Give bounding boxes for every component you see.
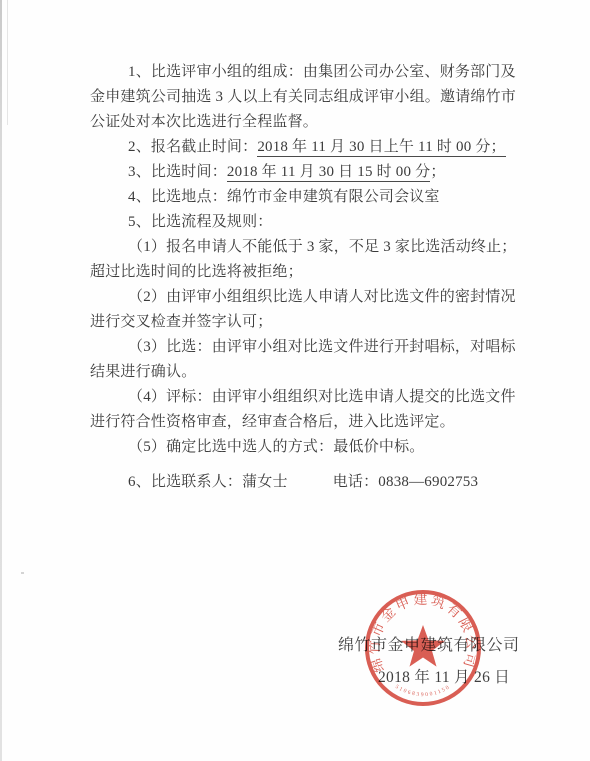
document-line: 超过比选时间的比选将被拒绝； (90, 260, 530, 285)
text-segment: 电话：0838—6902753 (333, 474, 479, 490)
document-line: （5）确定比选中选人的方式：最低价中标。 (90, 435, 530, 460)
text-segment: 进行符合性资格审查，经审查合格后，进入比选评定。 (90, 414, 455, 430)
text-segment: 超过比选时间的比选将被拒绝； (90, 264, 303, 280)
document-line: 4、比选地点：绵竹市金申建筑有限公司会议室 (90, 185, 530, 210)
document-line: 6、比选联系人：蒲女士电话：0838—6902753 (90, 470, 530, 495)
text-segment: 5、比选流程及规则： (128, 214, 273, 230)
text-segment: 2、报名截止时间： (128, 139, 257, 155)
underlined-text: 2018 年 11 月 30 日 15 时 00 分 (227, 164, 430, 182)
text-segment: ； (430, 164, 445, 180)
text-segment: （3）比选：由评审小组对比选文件进行开封唱标，对唱标 (128, 339, 516, 355)
document-line: 公证处对本次比选进行全程监督。 (90, 110, 530, 135)
document-line: 进行符合性资格审查，经审查合格后，进入比选评定。 (90, 410, 530, 435)
document-line: 金申建筑公司抽选 3 人以上有关同志组成评审小组。邀请绵竹市 (90, 85, 530, 110)
red-star-icon (401, 625, 445, 667)
underlined-text: 2018 年 11 月 30 日上午 11 时 00 分； (257, 139, 505, 157)
text-segment: 3、比选时间： (128, 164, 227, 180)
text-segment: （1）报名申请人不能低于 3 家，不足 3 家比选活动终止； (128, 239, 517, 255)
text-segment: 进行交叉检查并签字认可； (90, 314, 272, 330)
text-segment: （5）确定比选中选人的方式：最低价中标。 (128, 439, 425, 455)
document-line: 结果进行确认。 (90, 360, 530, 385)
document-line: （4）评标：由评审小组组织对比选申请人提交的比选文件 (90, 385, 530, 410)
document-line: 2、报名截止时间：2018 年 11 月 30 日上午 11 时 00 分； (90, 135, 530, 160)
document-line: （2）由评审小组组织比选人申请人对比选文件的密封情况 (90, 285, 530, 310)
document-line: 5、比选流程及规则： (90, 210, 530, 235)
document-line: 1、比选评审小组的组成：由集团公司办公室、财务部门及 (90, 60, 530, 85)
scan-speck (21, 572, 24, 574)
text-segment: 公证处对本次比选进行全程监督。 (90, 114, 318, 130)
document-body: 1、比选评审小组的组成：由集团公司办公室、财务部门及金申建筑公司抽选 3 人以上… (90, 60, 530, 495)
document-line: （3）比选：由评审小组对比选文件进行开封唱标，对唱标 (90, 335, 530, 360)
text-segment: 6、比选联系人：蒲女士 (128, 474, 288, 490)
document-line: 进行交叉检查并签字认可； (90, 310, 530, 335)
seal-serial-number: 5106839001150 (394, 684, 452, 698)
scan-edge-shadow (0, 0, 2, 761)
scanned-document-page: { "page": { "background": "#fefefe", "te… (0, 0, 590, 761)
text-segment: 1、比选评审小组的组成：由集团公司办公室、财务部门及 (128, 64, 516, 80)
scan-artifact-line (7, 0, 8, 125)
text-segment: 4、比选地点：绵竹市金申建筑有限公司会议室 (128, 189, 440, 205)
text-segment: （4）评标：由评审小组组织对比选申请人提交的比选文件 (128, 389, 516, 405)
text-segment: 结果进行确认。 (90, 364, 196, 380)
document-line: 3、比选时间：2018 年 11 月 30 日 15 时 00 分； (90, 160, 530, 185)
text-segment: （2）由评审小组组织比选人申请人对比选文件的密封情况 (128, 289, 516, 305)
text-segment: 金申建筑公司抽选 3 人以上有关同志组成评审小组。邀请绵竹市 (90, 89, 516, 105)
company-seal: 绵竹市金申建筑有限公司 5106839001150 (358, 583, 488, 713)
document-line: （1）报名申请人不能低于 3 家，不足 3 家比选活动终止； (90, 235, 530, 260)
